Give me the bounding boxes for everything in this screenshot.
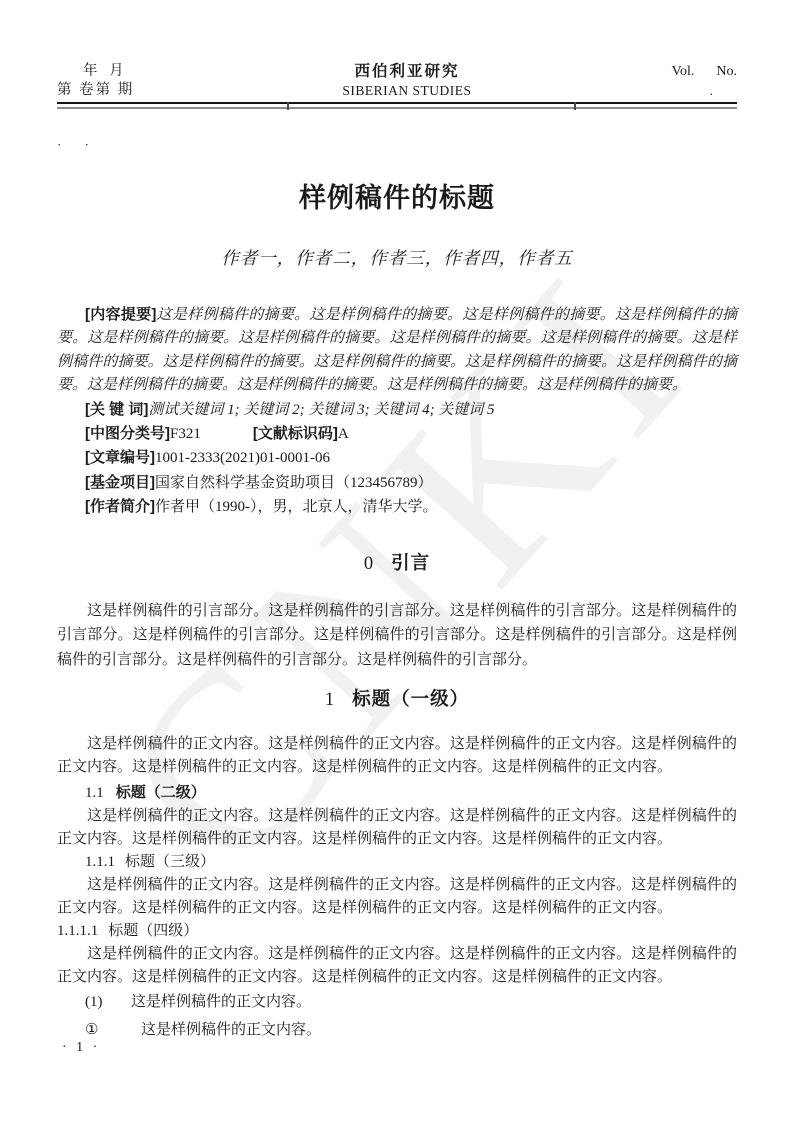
abstract-text: 这是样例稿件的摘要。这是样例稿件的摘要。这是样例稿件的摘要。这是样例稿件的摘要。… xyxy=(57,307,737,393)
body-paragraph: 这是样例稿件的正文内容。这是样例稿件的正文内容。这是样例稿件的正文内容。这是样例… xyxy=(57,733,737,779)
section-number: 1 xyxy=(325,690,334,710)
article-title: 样例稿件的标题 xyxy=(57,181,737,215)
page-content: 年 月 第 卷第 期 西伯利亚研究 SIBERIAN STUDIES Vol.N… xyxy=(57,62,737,1042)
header-rule-tick xyxy=(287,102,289,110)
clc-paragraph: [中图分类号]F321[文献标识码]A xyxy=(57,422,737,446)
keywords-text: 测试关键词 1; 关键词 2; 关键词 3; 关键词 4; 关键词 5 xyxy=(148,402,494,418)
abstract-label: [内容提要] xyxy=(85,306,156,323)
body-paragraph: 这是样例稿件的正文内容。这是样例稿件的正文内容。这是样例稿件的正文内容。这是样例… xyxy=(57,874,737,920)
date-dot: . xyxy=(582,81,737,100)
section-heading-intro: 0引言 xyxy=(57,550,737,577)
bio-paragraph: [作者简介]作者甲（1990-），男，北京人，清华大学。 xyxy=(57,495,737,519)
fund-value: 国家自然科学基金资助项目（123456789） xyxy=(155,475,433,491)
article-id-value: 1001-2333(2021)01-0001-06 xyxy=(155,450,330,466)
doccode-value: A xyxy=(338,426,349,442)
section-heading-level4: 1.1.1.1标题（四级） xyxy=(57,920,737,943)
section-title: 引言 xyxy=(391,552,430,573)
body-paragraph: 这是样例稿件的正文内容。这是样例稿件的正文内容。这是样例稿件的正文内容。这是样例… xyxy=(57,805,737,851)
section-heading-level2: 1.1标题（二级） xyxy=(57,781,737,805)
section-title: 标题（三级） xyxy=(125,854,215,870)
list-item-text: 这是样例稿件的正文内容。 xyxy=(141,1022,321,1038)
article-id-paragraph: [文章编号]1001-2333(2021)01-0001-06 xyxy=(57,446,737,470)
header-rule-tick xyxy=(574,102,576,110)
header-rule xyxy=(57,102,737,109)
fund-label: [基金项目] xyxy=(85,474,155,491)
numbered-list-item: (1)这是样例稿件的正文内容。 xyxy=(57,991,737,1014)
vol-no-line: Vol.No. xyxy=(582,62,737,81)
page-range-marker: · · xyxy=(57,137,737,155)
issue-info: 年 月 第 卷第 期 xyxy=(57,62,232,100)
abstract-paragraph: [内容提要]这是样例稿件的摘要。这是样例稿件的摘要。这是样例稿件的摘要。这是样例… xyxy=(57,303,737,398)
journal-title-en: SIBERIAN STUDIES xyxy=(232,81,582,100)
journal-title-cn: 西伯利亚研究 xyxy=(232,62,582,81)
keywords-label: [关 键 词] xyxy=(85,401,148,418)
fund-paragraph: [基金项目]国家自然科学基金资助项目（123456789） xyxy=(57,471,737,495)
section-number: 1.1.1 xyxy=(85,854,115,870)
issue-volume: 第 卷第 期 xyxy=(57,81,232,100)
section-title: 标题（四级） xyxy=(108,923,198,939)
journal-page: CNKI 年 月 第 卷第 期 西伯利亚研究 SIBERIAN STUDIES … xyxy=(0,0,794,1123)
running-head: 年 月 第 卷第 期 西伯利亚研究 SIBERIAN STUDIES Vol.N… xyxy=(57,62,737,109)
page-number: · 1 · xyxy=(62,1040,100,1056)
section-title: 标题（二级） xyxy=(116,784,206,801)
journal-title-block: 西伯利亚研究 SIBERIAN STUDIES xyxy=(232,62,582,100)
article-id-label: [文章编号] xyxy=(85,449,155,466)
issue-date: 年 月 xyxy=(57,62,232,81)
section-title: 标题（一级） xyxy=(352,688,469,709)
bio-value: 作者甲（1990-），男，北京人，清华大学。 xyxy=(155,499,438,515)
bio-label: [作者简介] xyxy=(85,498,155,515)
circled-list-item: ①这是样例稿件的正文内容。 xyxy=(57,1019,737,1042)
volume-info: Vol.No. . xyxy=(582,62,737,100)
header-rule-thin xyxy=(57,107,737,109)
list-marker-paren: (1) xyxy=(85,991,131,1014)
running-head-row: 年 月 第 卷第 期 西伯利亚研究 SIBERIAN STUDIES Vol.N… xyxy=(57,62,737,100)
doccode-label: [文献标识码] xyxy=(253,425,338,442)
no-label: No. xyxy=(716,64,737,79)
article-authors: 作者一，作者二，作者三，作者四，作者五 xyxy=(57,245,737,271)
section-heading-level1: 1标题（一级） xyxy=(57,686,737,713)
clc-label: [中图分类号] xyxy=(85,425,170,442)
keywords-paragraph: [关 键 词]测试关键词 1; 关键词 2; 关键词 3; 关键词 4; 关键词… xyxy=(57,398,737,422)
body-paragraph: 这是样例稿件的正文内容。这是样例稿件的正文内容。这是样例稿件的正文内容。这是样例… xyxy=(57,943,737,989)
article-meta: [内容提要]这是样例稿件的摘要。这是样例稿件的摘要。这是样例稿件的摘要。这是样例… xyxy=(57,303,737,520)
vol-label: Vol. xyxy=(672,64,695,79)
header-rule-thick xyxy=(57,102,737,104)
section-heading-level3: 1.1.1标题（三级） xyxy=(57,851,737,874)
section-number: 0 xyxy=(364,554,373,574)
clc-value: F321 xyxy=(170,426,201,442)
intro-paragraph: 这是样例稿件的引言部分。这是样例稿件的引言部分。这是样例稿件的引言部分。这是样例… xyxy=(57,599,737,673)
section-number: 1.1 xyxy=(85,785,104,801)
list-marker-circled: ① xyxy=(85,1019,141,1042)
section-number: 1.1.1.1 xyxy=(57,923,98,939)
list-item-text: 这是样例稿件的正文内容。 xyxy=(131,994,311,1010)
